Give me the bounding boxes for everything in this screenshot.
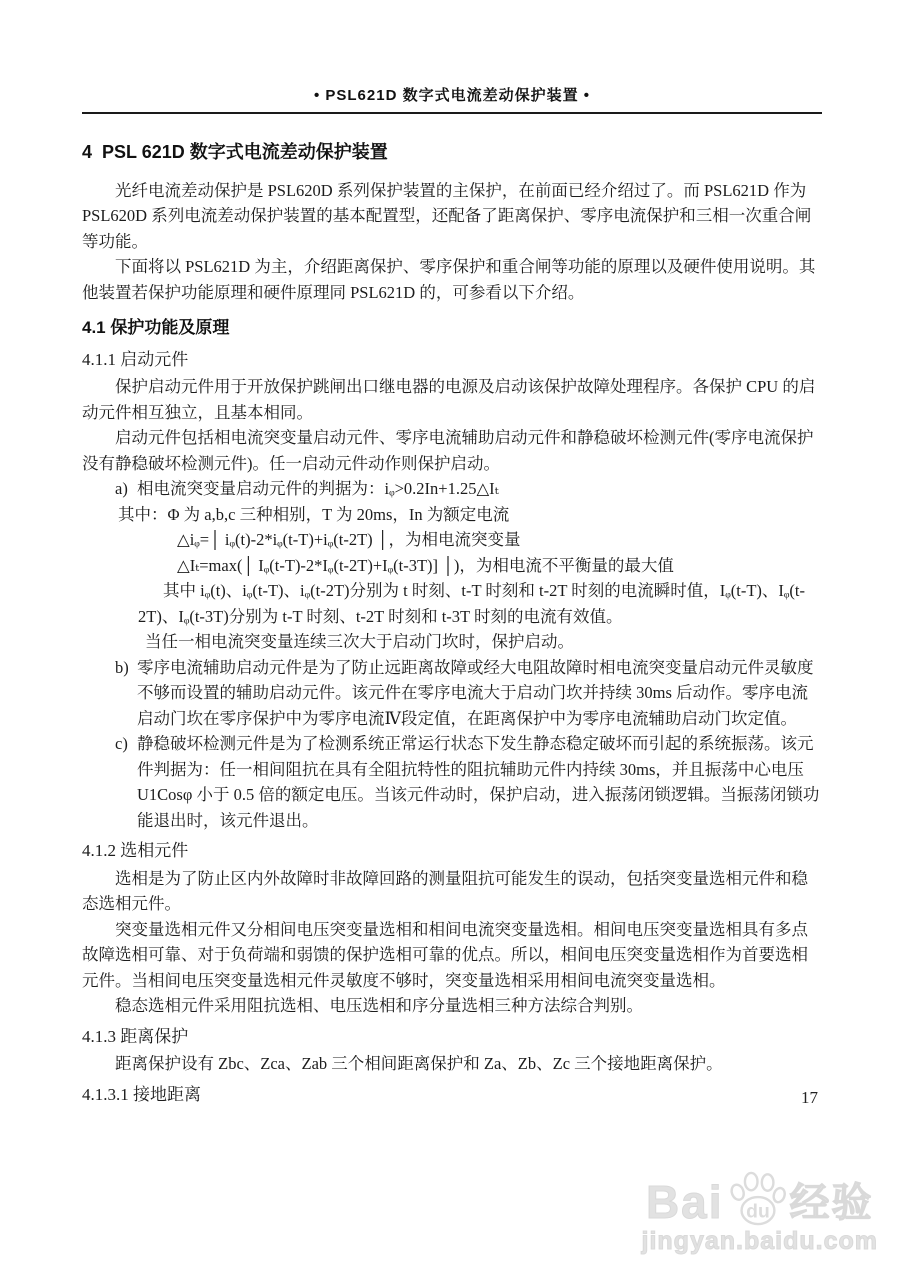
paragraph: 光纤电流差动保护是 PSL620D 系列保护装置的主保护，在前面已经介绍过了。而… (82, 178, 822, 255)
page-header: • PSL621D 数字式电流差动保护装置 • (82, 84, 822, 114)
paragraph: 保护启动元件用于开放保护跳闸出口继电器的电源及启动该保护故障处理程序。各保护 C… (82, 374, 822, 425)
list-item: b)零序电流辅助启动元件是为了防止远距离故障或经大电阻故障时相电流突变量启动元件… (82, 655, 822, 732)
paragraph: 选相是为了防止区内外故障时非故障回路的测量阻抗可能发生的误动，包括突变量选相元件… (82, 866, 822, 917)
section-heading-l3: 4.1.3.1 接地距离 (82, 1082, 822, 1108)
list-item-text: 静稳破坏检测元件是为了检测系统正常运行状态下发生静态稳定破坏而引起的系统振荡。该… (137, 734, 819, 830)
document-body: 4 PSL 621D 数字式电流差动保护装置光纤电流差动保护是 PSL620D … (82, 140, 822, 1107)
baidu-paw-icon: du (726, 1170, 788, 1231)
note-line: 当任一相电流突变量连续三次大于启动门坎时，保护启动。 (145, 629, 822, 655)
paragraph: 突变量选相元件又分相间电压突变量选相和相间电流突变量选相。相间电压突变量选相具有… (82, 917, 822, 994)
header-rule (82, 112, 822, 114)
paragraph: 下面将以 PSL621D 为主，介绍距离保护、零序保护和重合闸等功能的原理以及硬… (82, 254, 822, 305)
list-item-text: 相电流突变量启动元件的判据为：iᵩ>0.2In+1.25△Iₜ (137, 479, 499, 498)
section-heading-l3: 4.1.1 启动元件 (82, 347, 822, 373)
list-item-text: 零序电流辅助启动元件是为了防止远距离故障或经大电阻故障时相电流突变量启动元件灵敏… (137, 658, 814, 728)
section-heading-l3: 4.1.2 选相元件 (82, 838, 822, 864)
watermark-brand-row: Bai du 经验 (642, 1164, 878, 1225)
formula-description: 其中 iᵩ(t)、iᵩ(t-T)、iᵩ(t-2T)分别为 t 时刻、t-T 时刻… (138, 578, 822, 629)
paragraph: 稳态选相元件采用阻抗选相、电压选相和序分量选相三种方法综合判别。 (82, 993, 822, 1019)
watermark-brand-du: du (746, 1201, 770, 1222)
paragraph: 距离保护设有 Zbc、Zca、Zab 三个相间距离保护和 Za、Zb、Zc 三个… (82, 1051, 822, 1077)
watermark-brand-bai: Bai (646, 1179, 724, 1225)
watermark-brand-cn: 经验 (790, 1181, 874, 1225)
list-marker: b) (115, 655, 129, 681)
formula-note: 其中：Φ 为 a,b,c 三种相别，T 为 20ms，In 为额定电流 (118, 502, 822, 528)
header-title: • PSL621D 数字式电流差动保护装置 • (82, 84, 822, 105)
section-heading-l1: 4 PSL 621D 数字式电流差动保护装置 (82, 140, 822, 166)
page-number: 17 (801, 1088, 818, 1108)
section-heading-l3: 4.1.3 距离保护 (82, 1024, 822, 1050)
list-item: a)相电流突变量启动元件的判据为：iᵩ>0.2In+1.25△Iₜ (82, 476, 822, 502)
paragraph: 启动元件包括相电流突变量启动元件、零序电流辅助启动元件和静稳破坏检测元件(零序电… (82, 425, 822, 476)
list-marker: a) (115, 476, 128, 502)
list-marker: c) (115, 731, 128, 757)
list-item: c)静稳破坏检测元件是为了检测系统正常运行状态下发生静态稳定破坏而引起的系统振荡… (82, 731, 822, 833)
section-heading-l2: 4.1 保护功能及原理 (82, 315, 822, 341)
watermark-url: jingyan.baidu.com (642, 1227, 878, 1256)
formula-line: △iᵩ=│ iᵩ(t)-2*iᵩ(t-T)+iᵩ(t-2T) │，为相电流突变量 (177, 527, 822, 553)
document-page: • PSL621D 数字式电流差动保护装置 • 4 PSL 621D 数字式电流… (0, 0, 904, 1280)
baidu-watermark: Bai du 经验 jingyan.baidu.com (642, 1164, 878, 1256)
formula-line: △Iₜ=max(│ Iᵩ(t-T)-2*Iᵩ(t-2T)+Iᵩ(t-3T)] │… (177, 553, 822, 579)
